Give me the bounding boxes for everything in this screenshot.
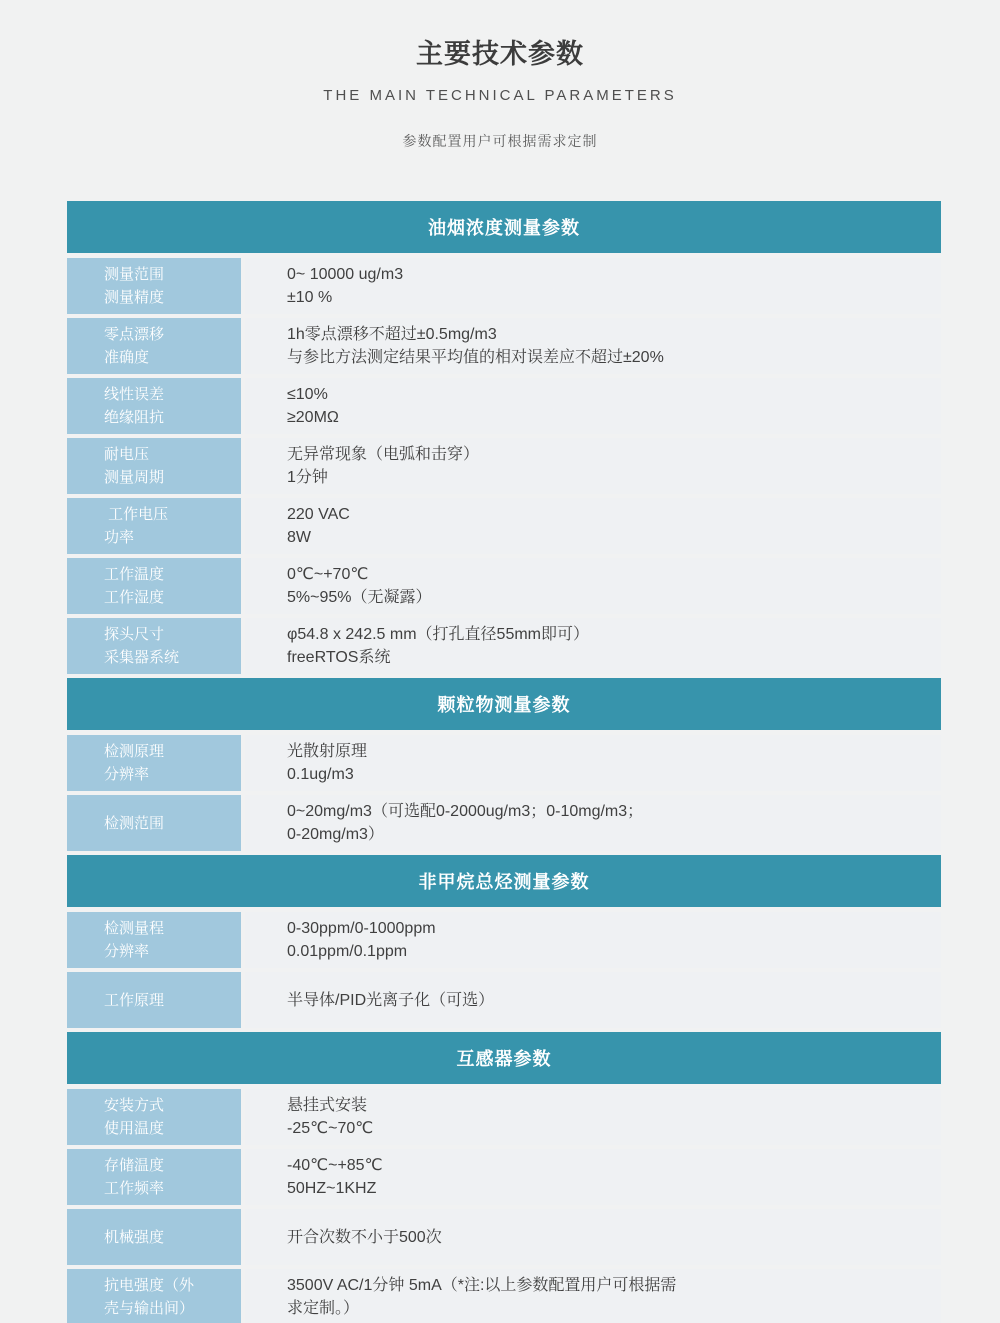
label-line: 分辨率 [104,763,233,786]
value-line: 开合次数不小于500次 [287,1226,917,1249]
row-value: 0℃~+70℃ 5%~95%（无凝露） [245,558,941,614]
value-line: 50HZ~1KHZ [287,1177,917,1200]
table-row: 测量范围 测量精度 0~ 10000 ug/m3 ±10 % [67,258,941,314]
row-label: 检测量程 分辨率 [67,912,241,968]
section-header-nmhc: 非甲烷总烃测量参数 [67,855,941,907]
label-line: 测量范围 [104,263,233,286]
page-note: 参数配置用户可根据需求定制 [0,131,1000,151]
label-line: 工作温度 [104,563,233,586]
page-title: 主要技术参数 [0,32,1000,71]
label-line: 检测范围 [104,812,233,835]
label-line: 存储温度 [104,1154,233,1177]
value-line: 无异常现象（电弧和击穿） [287,443,917,466]
value-line: 1分钟 [287,466,917,489]
value-line: 0.1ug/m3 [287,763,917,786]
page-header: 主要技术参数 THE MAIN TECHNICAL PARAMETERS 参数配… [0,0,1000,151]
value-line: 0-30ppm/0-1000ppm [287,917,917,940]
table-row: 零点漂移 准确度 1h零点漂移不超过±0.5mg/m3 与参比方法测定结果平均值… [67,318,941,374]
value-line: 求定制。） [287,1297,917,1320]
value-line: 0℃~+70℃ [287,563,917,586]
label-line: 工作频率 [104,1177,233,1200]
table-row: 耐电压 测量周期 无异常现象（电弧和击穿） 1分钟 [67,438,941,494]
label-line: 抗电强度（外 [104,1274,233,1297]
value-line: 8W [287,526,917,549]
section-header-particulate: 颗粒物测量参数 [67,678,941,730]
row-value: 0~ 10000 ug/m3 ±10 % [245,258,941,314]
row-value: 3500V AC/1分钟 5mA（*注:以上参数配置用户可根据需 求定制。） [245,1269,941,1323]
table-row: 存储温度 工作频率 -40℃~+85℃ 50HZ~1KHZ [67,1149,941,1205]
value-line: 0~20mg/m3（可选配0-2000ug/m3；0-10mg/m3； [287,800,917,823]
value-line: ≤10% [287,383,917,406]
table-row: 工作电压 功率 220 VAC 8W [67,498,941,554]
spec-table: 油烟浓度测量参数 测量范围 测量精度 0~ 10000 ug/m3 ±10 % … [67,201,941,1323]
value-line: 半导体/PID光离子化（可选） [287,989,917,1012]
value-line: ≥20MΩ [287,406,917,429]
label-line: 工作湿度 [104,586,233,609]
table-row: 工作温度 工作湿度 0℃~+70℃ 5%~95%（无凝露） [67,558,941,614]
row-label: 探头尺寸 采集器系统 [67,618,241,674]
value-line: -40℃~+85℃ [287,1154,917,1177]
label-line: 零点漂移 [104,323,233,346]
row-label: 测量范围 测量精度 [67,258,241,314]
value-line: φ54.8 x 242.5 mm（打孔直径55mm即可） [287,623,917,646]
row-label: 机械强度 [67,1209,241,1265]
label-line: 壳与输出间） [104,1297,233,1320]
label-line: 测量周期 [104,466,233,489]
section-header-oil-smoke: 油烟浓度测量参数 [67,201,941,253]
row-value: -40℃~+85℃ 50HZ~1KHZ [245,1149,941,1205]
row-value: 开合次数不小于500次 [245,1209,941,1265]
label-line: 分辨率 [104,940,233,963]
row-label: 安装方式 使用温度 [67,1089,241,1145]
value-line: 悬挂式安装 [287,1094,917,1117]
row-value: 半导体/PID光离子化（可选） [245,972,941,1028]
row-label: 检测范围 [67,795,241,851]
section-header-transformer: 互感器参数 [67,1032,941,1084]
value-line: 0~ 10000 ug/m3 [287,263,917,286]
row-value: 0~20mg/m3（可选配0-2000ug/m3；0-10mg/m3； 0-20… [245,795,941,851]
label-line: 耐电压 [104,443,233,466]
table-row: 抗电强度（外 壳与输出间） 3500V AC/1分钟 5mA（*注:以上参数配置… [67,1269,941,1323]
table-row: 工作原理 半导体/PID光离子化（可选） [67,972,941,1028]
label-line: 采集器系统 [104,646,233,669]
row-value: φ54.8 x 242.5 mm（打孔直径55mm即可） freeRTOS系统 [245,618,941,674]
value-line: 光散射原理 [287,740,917,763]
label-line: 工作电压 [104,503,233,526]
table-row: 检测量程 分辨率 0-30ppm/0-1000ppm 0.01ppm/0.1pp… [67,912,941,968]
table-row: 线性误差 绝缘阻抗 ≤10% ≥20MΩ [67,378,941,434]
label-line: 工作原理 [104,989,233,1012]
value-line: 5%~95%（无凝露） [287,586,917,609]
table-row: 安装方式 使用温度 悬挂式安装 -25℃~70℃ [67,1089,941,1145]
row-value: 0-30ppm/0-1000ppm 0.01ppm/0.1ppm [245,912,941,968]
row-label: 工作电压 功率 [67,498,241,554]
label-line: 探头尺寸 [104,623,233,646]
page-subtitle: THE MAIN TECHNICAL PARAMETERS [0,87,1000,104]
row-value: 220 VAC 8W [245,498,941,554]
value-line: 3500V AC/1分钟 5mA（*注:以上参数配置用户可根据需 [287,1274,917,1297]
value-line: 220 VAC [287,503,917,526]
row-value: 光散射原理 0.1ug/m3 [245,735,941,791]
table-row: 检测原理 分辨率 光散射原理 0.1ug/m3 [67,735,941,791]
row-value: 1h零点漂移不超过±0.5mg/m3 与参比方法测定结果平均值的相对误差应不超过… [245,318,941,374]
row-label: 零点漂移 准确度 [67,318,241,374]
value-line: ±10 % [287,286,917,309]
row-value: 无异常现象（电弧和击穿） 1分钟 [245,438,941,494]
label-line: 检测量程 [104,917,233,940]
value-line: 0.01ppm/0.1ppm [287,940,917,963]
label-line: 机械强度 [104,1226,233,1249]
row-label: 抗电强度（外 壳与输出间） [67,1269,241,1323]
label-line: 功率 [104,526,233,549]
label-line: 绝缘阻抗 [104,406,233,429]
value-line: 1h零点漂移不超过±0.5mg/m3 [287,323,917,346]
label-line: 安装方式 [104,1094,233,1117]
table-row: 检测范围 0~20mg/m3（可选配0-2000ug/m3；0-10mg/m3；… [67,795,941,851]
table-row: 探头尺寸 采集器系统 φ54.8 x 242.5 mm（打孔直径55mm即可） … [67,618,941,674]
label-line: 准确度 [104,346,233,369]
label-line: 使用温度 [104,1117,233,1140]
row-value: 悬挂式安装 -25℃~70℃ [245,1089,941,1145]
row-value: ≤10% ≥20MΩ [245,378,941,434]
value-line: 与参比方法测定结果平均值的相对误差应不超过±20% [287,346,917,369]
row-label: 存储温度 工作频率 [67,1149,241,1205]
row-label: 工作原理 [67,972,241,1028]
table-row: 机械强度 开合次数不小于500次 [67,1209,941,1265]
row-label: 检测原理 分辨率 [67,735,241,791]
label-line: 线性误差 [104,383,233,406]
label-line: 测量精度 [104,286,233,309]
row-label: 工作温度 工作湿度 [67,558,241,614]
value-line: freeRTOS系统 [287,646,917,669]
label-line: 检测原理 [104,740,233,763]
row-label: 耐电压 测量周期 [67,438,241,494]
value-line: 0-20mg/m3） [287,823,917,846]
value-line: -25℃~70℃ [287,1117,917,1140]
row-label: 线性误差 绝缘阻抗 [67,378,241,434]
